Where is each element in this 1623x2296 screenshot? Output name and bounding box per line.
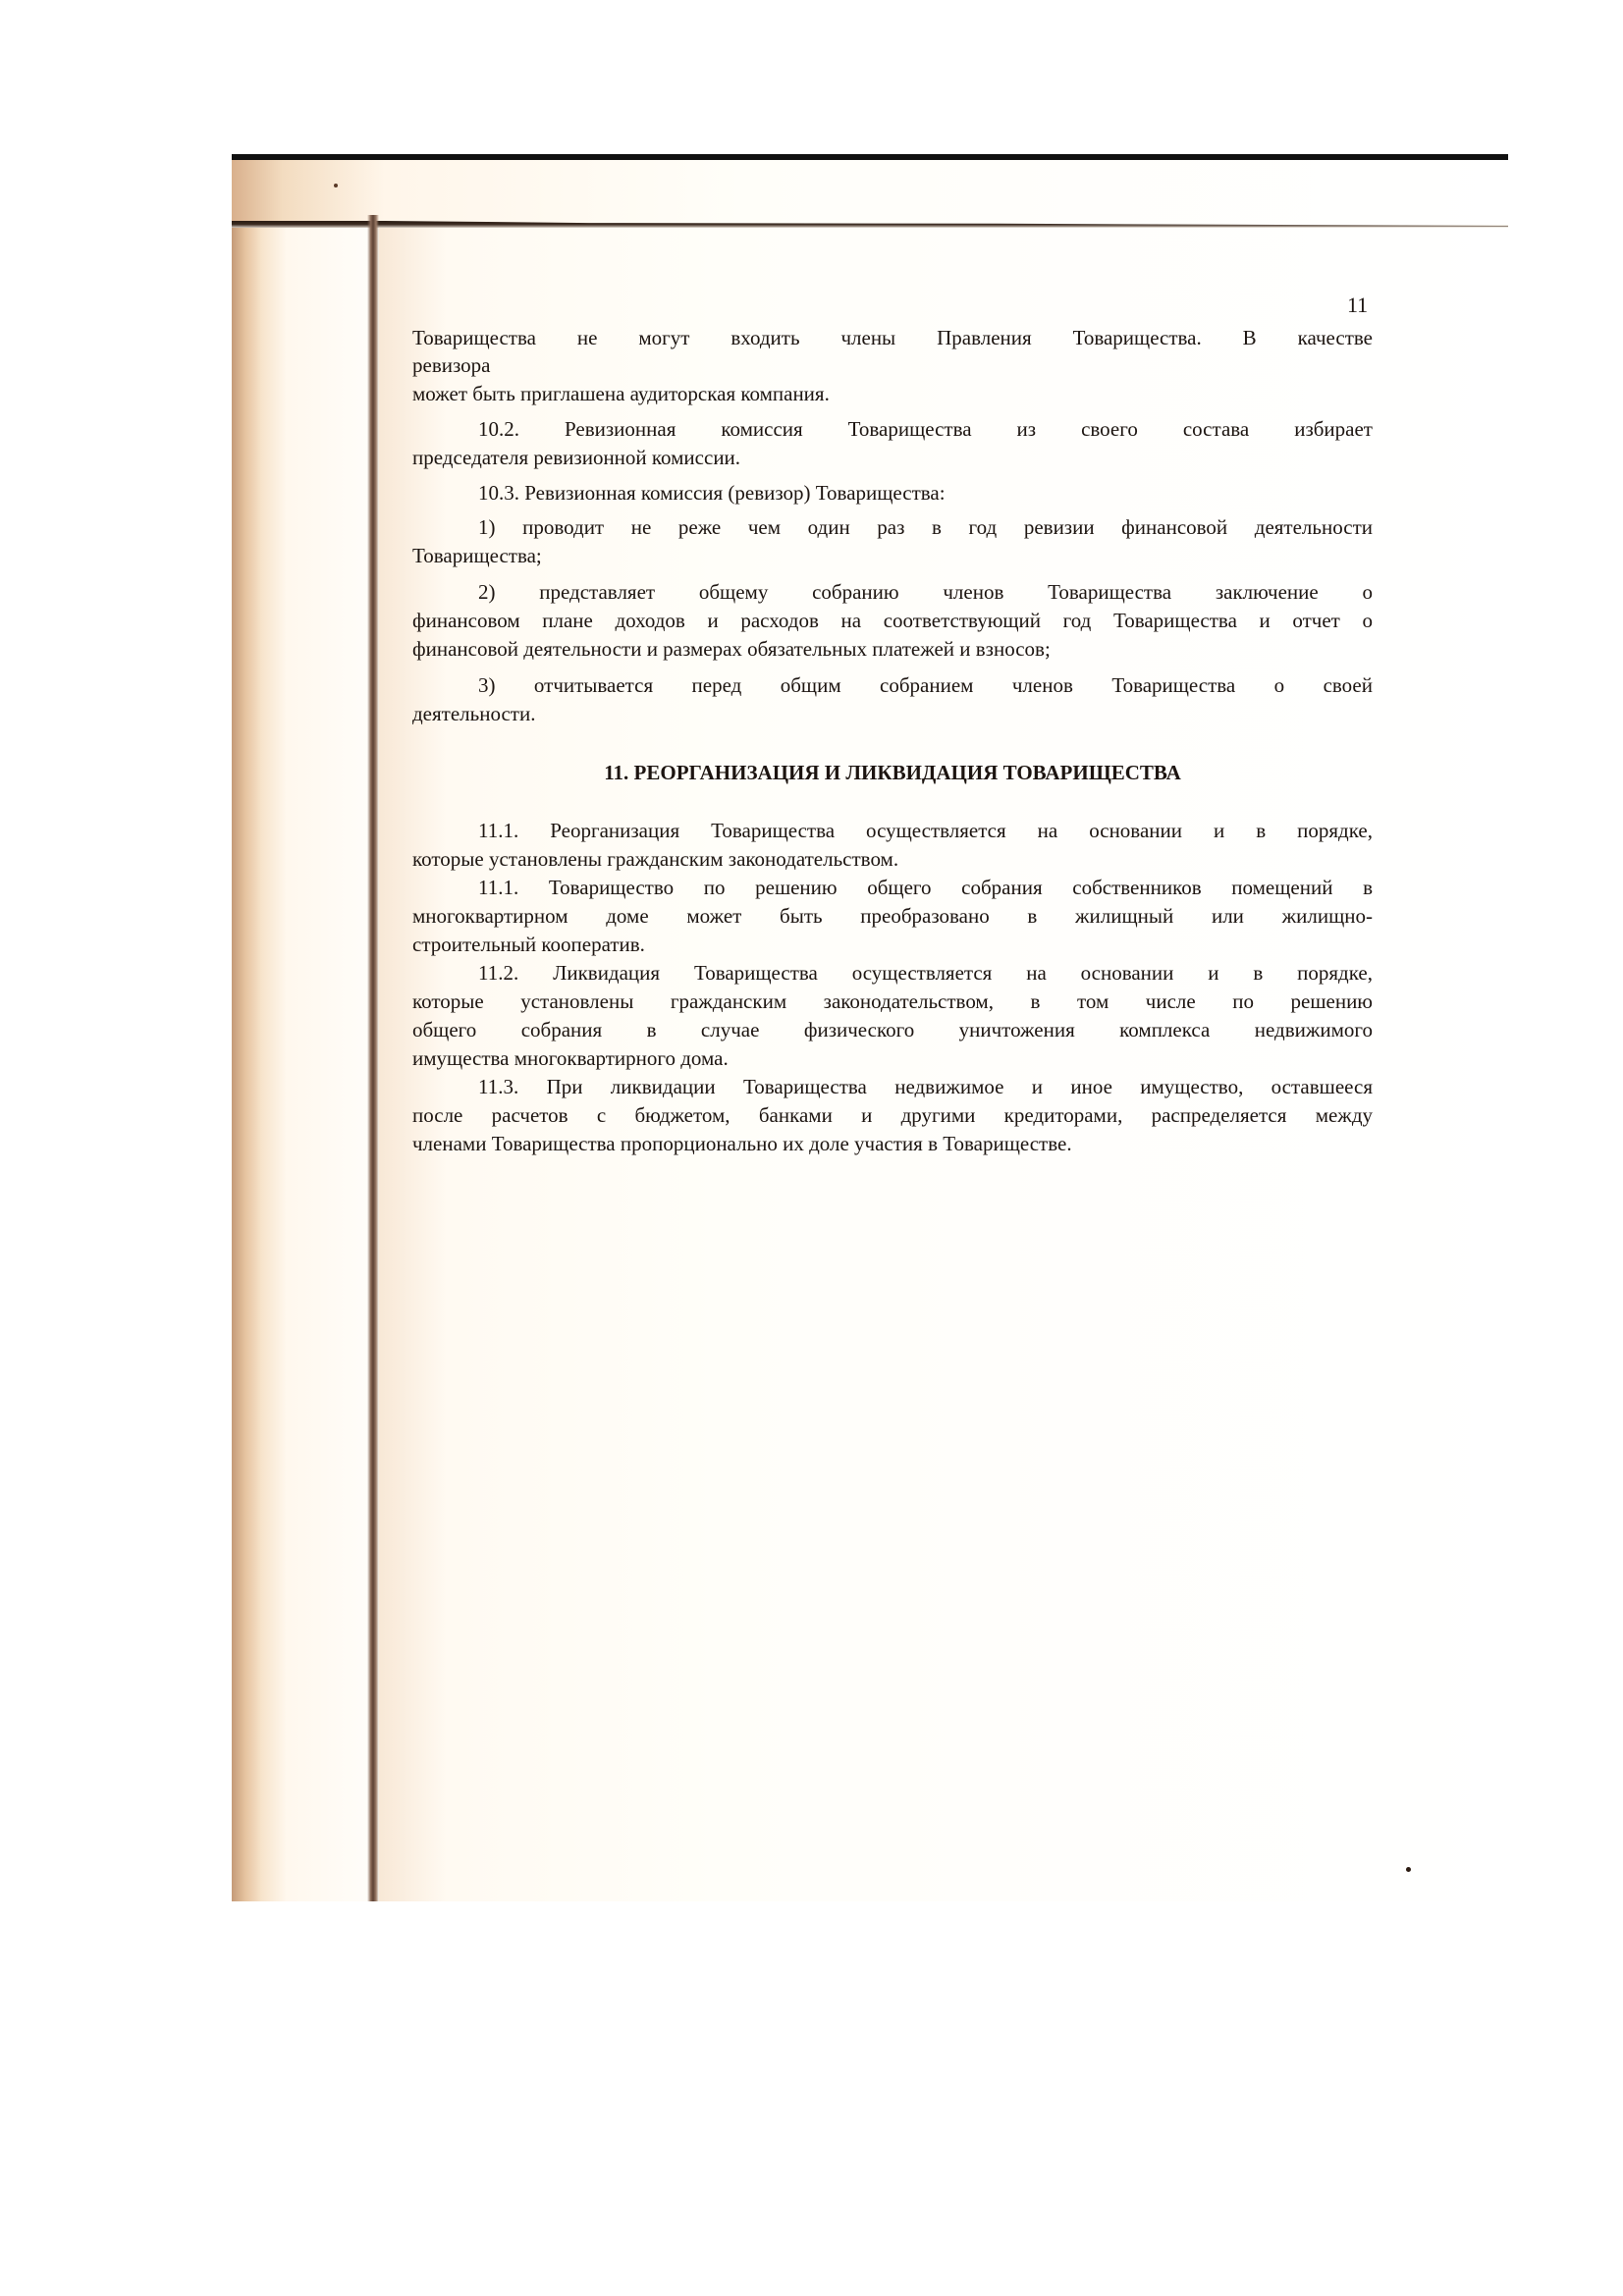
paragraph-11-1a: 11.1. Реорганизация Товарищества осущест… — [478, 817, 1373, 844]
text-line: ревизора — [412, 351, 1373, 379]
text-line: Товарищества; — [412, 542, 1373, 569]
text-line: общего собрания в случае физического уни… — [412, 1016, 1373, 1043]
text-line: членами Товарищества пропорционально их … — [412, 1130, 1373, 1157]
paragraph-11-3: 11.3. При ликвидации Товарищества недвиж… — [478, 1073, 1373, 1100]
list-item-1: 1) проводит не реже чем один раз в год р… — [478, 513, 1373, 541]
text-line: деятельности. — [412, 700, 1373, 727]
page-number: 11 — [1347, 293, 1368, 318]
text-line: председателя ревизионной комиссии. — [412, 444, 1373, 471]
paragraph-11-1b: 11.1. Товарищество по решению общего соб… — [478, 874, 1373, 901]
text-line: может быть приглашена аудиторская компан… — [412, 380, 1373, 407]
left-page-edge-bleed — [232, 228, 369, 1901]
paragraph-10-2: 10.2. Ревизионная комиссия Товарищества … — [478, 415, 1373, 443]
paragraph-11-2: 11.2. Ликвидация Товарищества осуществля… — [478, 959, 1373, 987]
text-line: финансовой деятельности и размерах обяза… — [412, 635, 1373, 663]
text-line: которые установлены гражданским законода… — [412, 988, 1373, 1015]
text-line: Товарищества не могут входить члены Прав… — [412, 324, 1373, 351]
text-line: имущества многоквартирного дома. — [412, 1044, 1373, 1072]
dust-speck — [1406, 1867, 1411, 1872]
section-heading: 11. РЕОРГАНИЗАЦИЯ И ЛИКВИДАЦИЯ ТОВАРИЩЕС… — [412, 759, 1373, 786]
paragraph-10-3: 10.3. Ревизионная комиссия (ревизор) Тов… — [478, 479, 1373, 507]
text-line: строительный кооператив. — [412, 931, 1373, 958]
text-line: после расчетов с бюджетом, банками и дру… — [412, 1101, 1373, 1129]
text-line: многоквартирном доме может быть преобраз… — [412, 902, 1373, 930]
previous-page-edge — [232, 160, 1508, 225]
list-item-2: 2) представляет общему собранию членов Т… — [478, 578, 1373, 606]
dust-speck — [334, 184, 338, 187]
list-item-3: 3) отчитывается перед общим собранием чл… — [478, 671, 1373, 699]
vertical-fold-shadow — [367, 215, 379, 1901]
text-line: финансовом плане доходов и расходов на с… — [412, 607, 1373, 634]
text-line: которые установлены гражданским законода… — [412, 845, 1373, 873]
